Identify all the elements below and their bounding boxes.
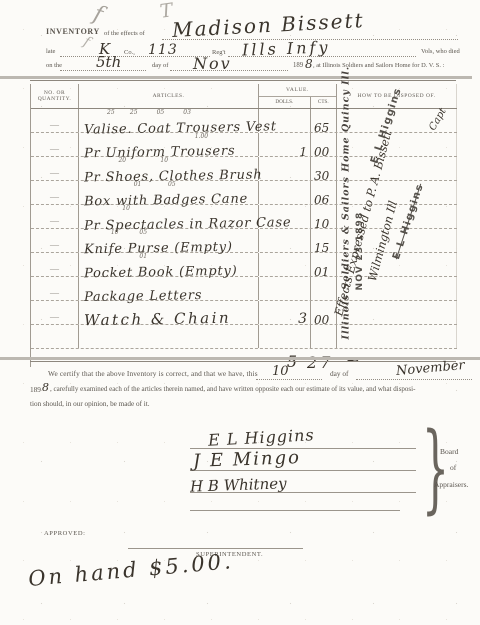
certification-line2: , carefully examined each of the article… bbox=[50, 385, 415, 393]
quantity-mark: — bbox=[31, 144, 78, 154]
quantity-mark: — bbox=[31, 240, 78, 250]
rule bbox=[30, 361, 456, 362]
table-row: — Package Letters bbox=[31, 277, 457, 301]
rule bbox=[30, 80, 456, 81]
col-value-header: VALUE. DOLLS. CTS. bbox=[259, 84, 337, 108]
pencil-values: 20 10 bbox=[107, 157, 168, 164]
pencil-values: 01 bbox=[107, 253, 147, 260]
blank-line bbox=[356, 379, 472, 380]
home-line: , at Illinois Soldiers and Sailors Home … bbox=[313, 62, 444, 69]
on-hand-note: On hand $5.00. bbox=[27, 549, 234, 591]
table-row-empty bbox=[31, 325, 457, 349]
year-printed: 189 bbox=[293, 62, 303, 69]
certification-line3: tion should, in our opinion, be made of … bbox=[30, 400, 150, 408]
pencil-mark: f bbox=[81, 34, 92, 51]
month-hw: Nov bbox=[193, 54, 232, 73]
signature-2: J E Mingo bbox=[193, 447, 302, 472]
vols-label: Vols, who died bbox=[421, 48, 460, 55]
pencil-values: 01 05 bbox=[107, 181, 176, 188]
pencil-values: 10 bbox=[107, 205, 130, 212]
col-articles-header: ARTICLES. bbox=[79, 84, 259, 108]
blank-line bbox=[60, 56, 210, 57]
pencil-values: 1.00 bbox=[107, 133, 208, 140]
scanned-inventory-document: f T f INVENTORY of the effects of Madiso… bbox=[0, 0, 480, 625]
day-of-label: day of bbox=[152, 62, 168, 69]
quantity-mark: — bbox=[31, 216, 78, 226]
value-header-label: VALUE. bbox=[259, 84, 336, 96]
rule bbox=[0, 357, 480, 360]
brace: } bbox=[422, 420, 449, 516]
pencil-mark: f bbox=[90, 1, 105, 27]
of-effects-label: of the effects of bbox=[104, 30, 145, 37]
signature-3: H B Whitney bbox=[190, 474, 287, 495]
certification-line1: We certify that the above Inventory is c… bbox=[48, 369, 258, 378]
co-label: Co., bbox=[124, 49, 135, 56]
board-label-2: of bbox=[450, 463, 456, 472]
on-the-label: on the bbox=[46, 62, 62, 69]
blank-line bbox=[256, 379, 322, 380]
signature-1: E L Higgins bbox=[208, 425, 316, 450]
quantity-mark: — bbox=[31, 312, 78, 322]
unit-number-hw: 113 bbox=[148, 42, 178, 58]
cts-header-label: CTS. bbox=[310, 97, 336, 109]
quantity-mark: — bbox=[31, 264, 78, 274]
approved-label: APPROVED: bbox=[44, 530, 86, 537]
quantity-mark: — bbox=[31, 288, 78, 298]
certification-day-hw: 10 bbox=[272, 364, 289, 379]
col-quantity-header: NO. OR QUANTITY. bbox=[31, 84, 79, 108]
quantity-mark: — bbox=[31, 192, 78, 202]
late-label: late bbox=[46, 48, 55, 55]
signature-line bbox=[190, 510, 400, 511]
form-title: INVENTORY bbox=[46, 27, 100, 36]
board-label-1: Board bbox=[440, 447, 458, 456]
superintendent-line bbox=[128, 548, 303, 549]
deceased-name: Madison Bissett bbox=[172, 8, 366, 42]
pencil-values: 10 05 bbox=[107, 229, 147, 236]
day-hw: 5th bbox=[96, 53, 121, 71]
quantity-mark: — bbox=[31, 168, 78, 178]
certification-year-hw: 8 bbox=[42, 381, 49, 394]
year-hw: 8 bbox=[305, 57, 313, 71]
board-label-3: Appraisers. bbox=[434, 480, 468, 489]
dolls-header-label: DOLLS. bbox=[259, 97, 310, 109]
quantity-mark: — bbox=[31, 120, 78, 130]
table-row: — Watch & Chain 3 00 bbox=[31, 301, 457, 325]
pencil-values: 25 25 05 03 bbox=[107, 109, 191, 116]
certification-day-of: day of bbox=[330, 369, 348, 378]
regiment-hw: Ills Infy bbox=[242, 37, 331, 59]
certification-year: 189 bbox=[30, 385, 41, 394]
